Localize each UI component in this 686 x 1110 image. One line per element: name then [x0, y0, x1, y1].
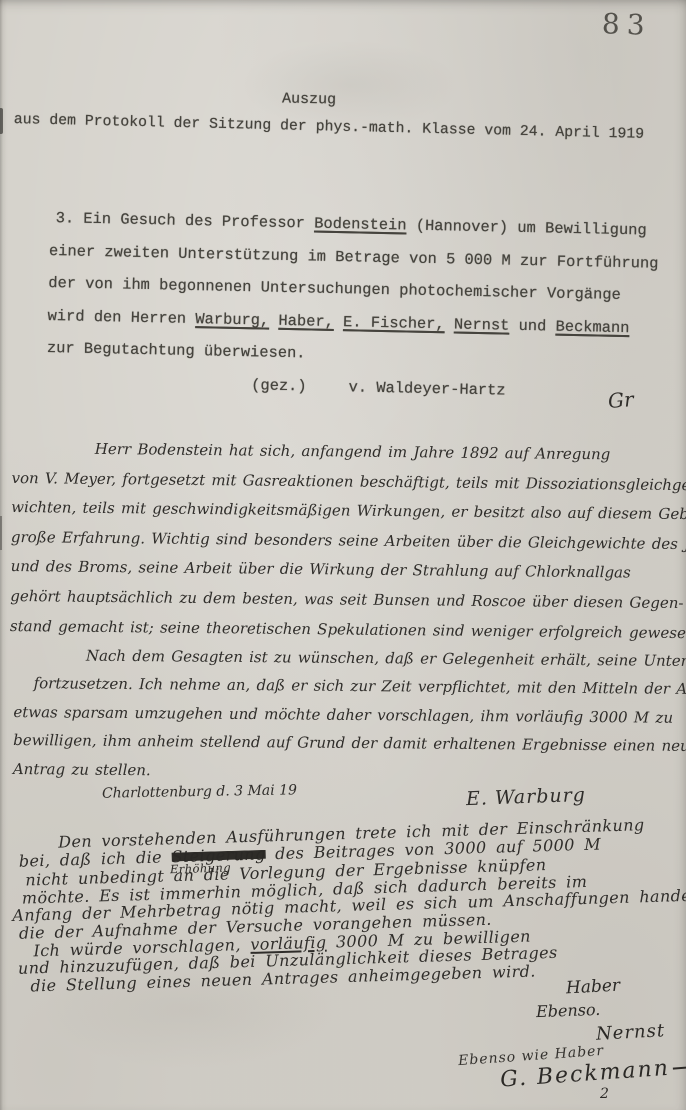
scan-edge-mark — [0, 516, 2, 550]
text-run: (Hannover) um Bewilligung — [406, 216, 646, 239]
text-run: etwas sparsam umzugehen und möchte daher… — [13, 703, 673, 727]
text-run: wird den Herren — [47, 307, 195, 328]
text-run: Haber, — [278, 312, 334, 331]
haber-addendum: Den vorstehenden Ausführungen trete ich … — [10, 813, 686, 996]
text-run: zur Begutachtung überwiesen. — [47, 339, 306, 362]
text-run — [334, 313, 344, 331]
warburg-review-paragraph-2: Nach dem Gesagten ist zu wünschen, daß e… — [13, 641, 686, 790]
haber-signature: Haber — [566, 976, 621, 999]
text-run: Nach dem Gesagten ist zu wünschen, daß e… — [86, 647, 686, 671]
text-run: große Erfahrung. Wichtig sind besonders … — [11, 528, 686, 553]
gez-label: (gez.) — [251, 376, 307, 395]
text-run: Nernst — [454, 315, 510, 334]
typed-resolution-paragraph: 3. Ein Gesuch des Professor Bodenstein (… — [46, 202, 660, 410]
text-run: Erhöhung — [170, 861, 171, 879]
nernst-signature: Nernst — [595, 1020, 665, 1045]
text-run: der von ihm begonnenen Untersuchungen ph… — [48, 274, 621, 304]
scan-edge-mark — [0, 108, 3, 134]
text-run: Warburg, — [195, 310, 269, 330]
page-number: 83 — [601, 7, 652, 42]
text-run: gehört hauptsächlich zu dem besten, was … — [10, 587, 683, 612]
scanned-document-page: 83 Auszug aus dem Protokoll der Sitzung … — [0, 0, 686, 1110]
header-subtitle: aus dem Protokoll der Sitzung der phys.-… — [14, 112, 645, 143]
text-run: einer zweiten Unterstützung im Betrage v… — [49, 242, 659, 273]
text-run: fortzusetzen. Ich nehme an, daß er sich … — [34, 675, 686, 699]
text-run: und — [509, 316, 556, 335]
warburg-signature: E. Warburg — [466, 784, 587, 810]
header-title: Auszug — [282, 91, 336, 109]
text-run: Beckmann — [555, 317, 629, 337]
margin-initial-gr: Gr — [607, 387, 634, 413]
text-run: Bodenstein — [314, 215, 407, 235]
ebenso-endorsement: Ebenso. — [536, 1000, 601, 1021]
waldeyer-hartz-name: v. Waldeyer-Hartz — [348, 378, 505, 399]
warburg-review-paragraph-1: Herr Bodenstein hat sich, anfangend im J… — [10, 434, 686, 649]
paper-stain — [240, 40, 460, 130]
place-date-line: Charlottenburg d. 3 Mai 19 — [102, 782, 297, 801]
text-run: und des Broms, seine Arbeit über die Wir… — [11, 557, 631, 581]
text-run: bewilligen, ihm anheim stellend auf Grun… — [13, 731, 686, 755]
bottom-small-mark: 2 — [600, 1086, 609, 1102]
text-run — [269, 311, 279, 329]
text-run: stand gemacht ist; seine theoretischen S… — [10, 617, 686, 642]
text-run: 3. Ein Gesuch des Professor — [55, 209, 314, 232]
text-run: E. Fischer, — [343, 313, 445, 333]
text-run: Herr Bodenstein hat sich, anfangend im J… — [95, 440, 611, 463]
text-run: wichten, teils mit geschwindigkeitsmäßig… — [11, 498, 686, 524]
text-run: Antrag zu stellen. — [13, 760, 151, 779]
text-run: von V. Meyer, fortgesetzt mit Gasreaktio… — [11, 469, 686, 494]
